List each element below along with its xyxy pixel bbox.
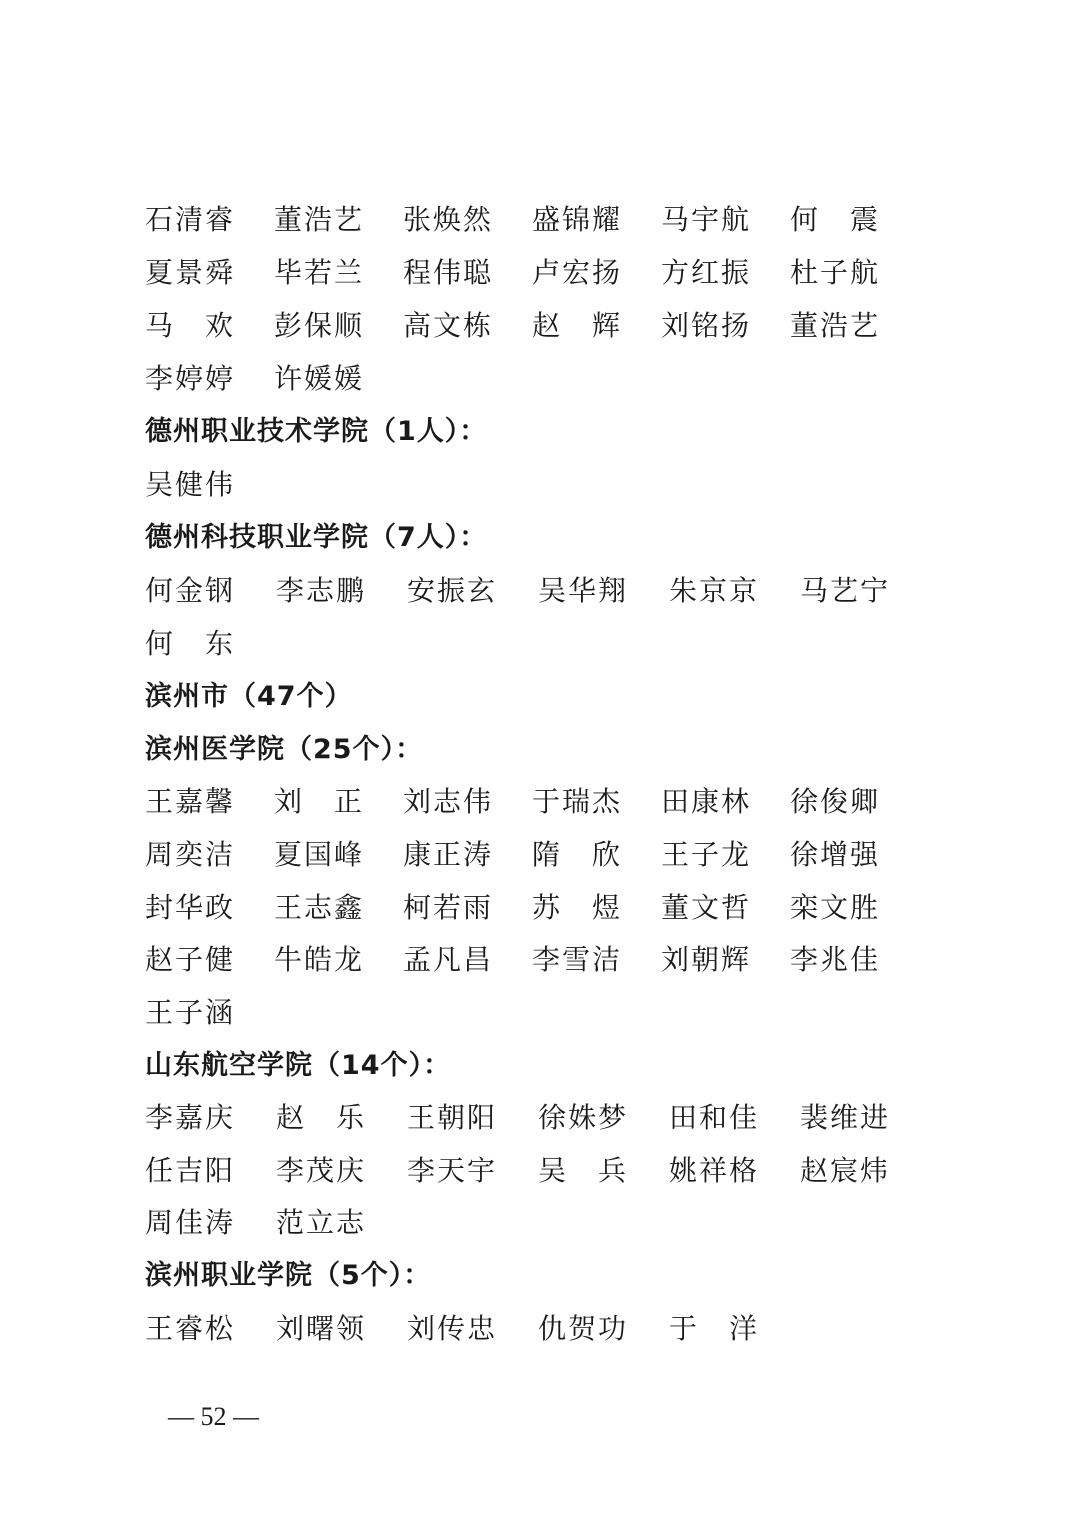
name-row: 夏景舜毕若兰程伟聪卢宏扬方红振杜子航 bbox=[145, 253, 945, 293]
person-name: 仇贺功 bbox=[538, 1309, 628, 1349]
person-name: 毕若兰 bbox=[274, 253, 364, 293]
person-name: 徐俊卿 bbox=[790, 782, 880, 822]
person-name: 赵子健 bbox=[145, 940, 235, 980]
person-name: 刘铭扬 bbox=[661, 306, 751, 346]
person-name: 马宇航 bbox=[661, 200, 751, 240]
person-name: 赵 乐 bbox=[276, 1098, 366, 1138]
person-name: 杜子航 bbox=[790, 253, 880, 293]
person-name: 王子涵 bbox=[145, 993, 235, 1033]
name-row: 周奕洁夏国峰康正涛隋 欣王子龙徐增强 bbox=[145, 835, 945, 875]
name-row: 周佳涛范立志 bbox=[145, 1203, 945, 1243]
person-name: 盛锦耀 bbox=[532, 200, 622, 240]
person-name: 高文栋 bbox=[403, 306, 493, 346]
person-name: 王嘉馨 bbox=[145, 782, 235, 822]
person-name: 裴维进 bbox=[800, 1098, 890, 1138]
person-name: 王子龙 bbox=[661, 835, 751, 875]
person-name: 董文哲 bbox=[661, 888, 751, 928]
person-name: 牛皓龙 bbox=[274, 940, 364, 980]
person-name: 姚祥格 bbox=[669, 1151, 759, 1191]
document-page: 石清睿董浩艺张焕然盛锦耀马宇航何 震夏景舜毕若兰程伟聪卢宏扬方红振杜子航马 欢彭… bbox=[0, 0, 1080, 1527]
name-row: 王嘉馨刘 正刘志伟于瑞杰田康林徐俊卿 bbox=[145, 782, 945, 822]
person-name: 周佳涛 bbox=[145, 1203, 235, 1243]
person-name: 栾文胜 bbox=[790, 888, 880, 928]
person-name: 隋 欣 bbox=[532, 835, 622, 875]
person-name: 夏景舜 bbox=[145, 253, 235, 293]
person-name: 徐姝梦 bbox=[538, 1098, 628, 1138]
person-name: 吴健伟 bbox=[145, 465, 235, 505]
person-name: 马艺宁 bbox=[800, 571, 890, 611]
person-name: 孟凡昌 bbox=[403, 940, 493, 980]
name-row: 赵子健牛皓龙孟凡昌李雪洁刘朝辉李兆佳 bbox=[145, 940, 945, 980]
person-name: 李婷婷 bbox=[145, 359, 235, 399]
person-name: 程伟聪 bbox=[403, 253, 493, 293]
person-name: 范立志 bbox=[276, 1203, 366, 1243]
section-heading: 德州科技职业学院（7人）： bbox=[145, 518, 487, 558]
person-name: 吴 兵 bbox=[538, 1151, 628, 1191]
person-name: 马 欢 bbox=[145, 306, 235, 346]
person-name: 彭保顺 bbox=[274, 306, 364, 346]
person-name: 许媛媛 bbox=[274, 359, 364, 399]
page-number: — 52 — bbox=[168, 1402, 259, 1432]
person-name: 王朝阳 bbox=[407, 1098, 497, 1138]
person-name: 王睿松 bbox=[145, 1309, 235, 1349]
person-name: 于 洋 bbox=[669, 1309, 759, 1349]
person-name: 刘 正 bbox=[274, 782, 364, 822]
name-row: 封华政王志鑫柯若雨苏 煜董文哲栾文胜 bbox=[145, 888, 945, 928]
name-row: 何 东 bbox=[145, 624, 945, 664]
person-name: 刘朝辉 bbox=[661, 940, 751, 980]
person-name: 田康林 bbox=[661, 782, 751, 822]
person-name: 赵 辉 bbox=[532, 306, 622, 346]
name-row: 李嘉庆赵 乐王朝阳徐姝梦田和佳裴维进 bbox=[145, 1098, 945, 1138]
person-name: 李天宇 bbox=[407, 1151, 497, 1191]
person-name: 安振玄 bbox=[407, 571, 497, 611]
person-name: 任吉阳 bbox=[145, 1151, 235, 1191]
person-name: 柯若雨 bbox=[403, 888, 493, 928]
section-heading: 德州职业技术学院（1人）： bbox=[145, 412, 487, 452]
person-name: 赵宸炜 bbox=[800, 1151, 890, 1191]
section-heading: 滨州医学院（25个）： bbox=[145, 730, 423, 770]
person-name: 李兆佳 bbox=[790, 940, 880, 980]
person-name: 于瑞杰 bbox=[532, 782, 622, 822]
person-name: 卢宏扬 bbox=[532, 253, 622, 293]
section-heading: 山东航空学院（14个）： bbox=[145, 1046, 451, 1086]
person-name: 康正涛 bbox=[403, 835, 493, 875]
person-name: 李志鹏 bbox=[276, 571, 366, 611]
person-name: 刘曙领 bbox=[276, 1309, 366, 1349]
person-name: 苏 煜 bbox=[532, 888, 622, 928]
person-name: 刘志伟 bbox=[403, 782, 493, 822]
name-row: 何金钢李志鹏安振玄吴华翔朱京京马艺宁 bbox=[145, 571, 945, 611]
name-row: 李婷婷许媛媛 bbox=[145, 359, 945, 399]
name-row: 任吉阳李茂庆李天宇吴 兵姚祥格赵宸炜 bbox=[145, 1151, 945, 1191]
section-heading: 滨州市（47个） bbox=[145, 677, 353, 717]
person-name: 董浩艺 bbox=[274, 200, 364, 240]
person-name: 田和佳 bbox=[669, 1098, 759, 1138]
person-name: 封华政 bbox=[145, 888, 235, 928]
person-name: 董浩艺 bbox=[790, 306, 880, 346]
name-row: 吴健伟 bbox=[145, 465, 945, 505]
person-name: 何 东 bbox=[145, 624, 235, 664]
person-name: 李嘉庆 bbox=[145, 1098, 235, 1138]
person-name: 方红振 bbox=[661, 253, 751, 293]
name-row: 王睿松刘曙领刘传忠仇贺功于 洋 bbox=[145, 1309, 945, 1349]
person-name: 石清睿 bbox=[145, 200, 235, 240]
person-name: 徐增强 bbox=[790, 835, 880, 875]
person-name: 张焕然 bbox=[403, 200, 493, 240]
section-heading: 滨州职业学院（5个）： bbox=[145, 1256, 431, 1296]
person-name: 朱京京 bbox=[669, 571, 759, 611]
person-name: 何金钢 bbox=[145, 571, 235, 611]
name-row: 王子涵 bbox=[145, 993, 945, 1033]
person-name: 李雪洁 bbox=[532, 940, 622, 980]
person-name: 刘传忠 bbox=[407, 1309, 497, 1349]
person-name: 吴华翔 bbox=[538, 571, 628, 611]
person-name: 何 震 bbox=[790, 200, 880, 240]
person-name: 李茂庆 bbox=[276, 1151, 366, 1191]
name-row: 石清睿董浩艺张焕然盛锦耀马宇航何 震 bbox=[145, 200, 945, 240]
name-row: 马 欢彭保顺高文栋赵 辉刘铭扬董浩艺 bbox=[145, 306, 945, 346]
person-name: 夏国峰 bbox=[274, 835, 364, 875]
person-name: 王志鑫 bbox=[274, 888, 364, 928]
person-name: 周奕洁 bbox=[145, 835, 235, 875]
